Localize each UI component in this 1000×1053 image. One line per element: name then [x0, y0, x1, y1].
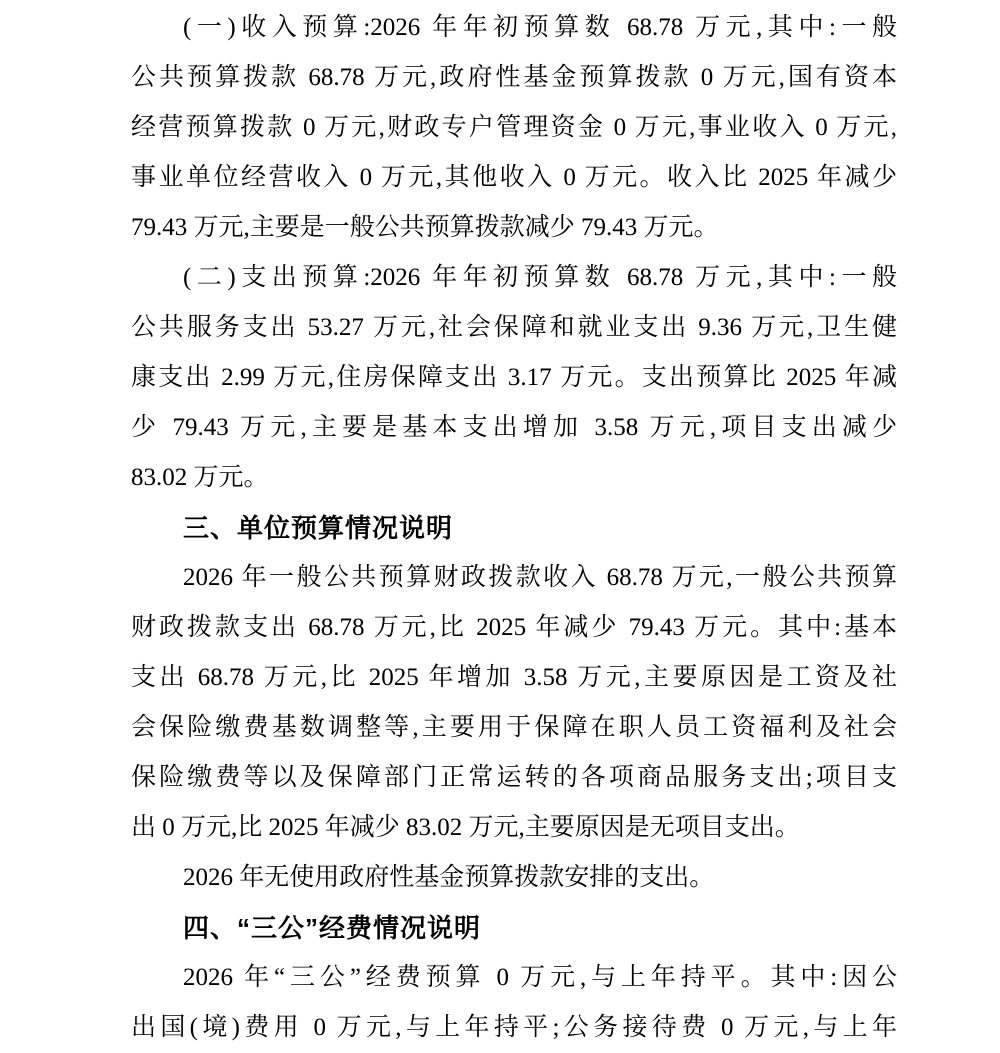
body-text-line: 少 79.43 万元,主要是基本支出增加 3.58 万元,项目支出减少 — [131, 403, 897, 453]
body-text-line: 事业单位经营收入 0 万元,其他收入 0 万元。收入比 2025 年减少 — [131, 153, 897, 203]
body-text-line: 2026 年一般公共预算财政拨款收入 68.78 万元,一般公共预算 — [131, 553, 897, 603]
body-text-line: 公共服务支出 53.27 万元,社会保障和就业支出 9.36 万元,卫生健 — [131, 303, 897, 353]
body-text-line: 支出 68.78 万元,比 2025 年增加 3.58 万元,主要原因是工资及社 — [131, 653, 897, 703]
body-text-line: 保险缴费等以及保障部门正常运转的各项商品服务支出;项目支 — [131, 753, 897, 803]
body-text-line: 出 0 万元,比 2025 年减少 83.02 万元,主要原因是无项目支出。 — [131, 803, 897, 853]
body-text-line: 2026 年“三公”经费预算 0 万元,与上年持平。其中:因公 — [131, 953, 897, 1003]
body-text-line: 79.43 万元,主要是一般公共预算拨款减少 79.43 万元。 — [131, 203, 897, 253]
body-text-line: 公共预算拨款 68.78 万元,政府性基金预算拨款 0 万元,国有资本 — [131, 53, 897, 103]
section-heading-unit-budget: 三、单位预算情况说明 — [131, 503, 897, 553]
body-text-line: 经营预算拨款 0 万元,财政专户管理资金 0 万元,事业收入 0 万元, — [131, 103, 897, 153]
body-text-line: 财政拨款支出 68.78 万元,比 2025 年减少 79.43 万元。其中:基… — [131, 603, 897, 653]
body-text-line: (二)支出预算:2026 年年初预算数 68.78 万元,其中:一般 — [131, 253, 897, 303]
body-text-line: (一)收入预算:2026 年年初预算数 68.78 万元,其中:一般 — [131, 3, 897, 53]
body-text-line: 会保险缴费基数调整等,主要用于保障在职人员工资福利及社会 — [131, 703, 897, 753]
section-heading-three-public-funds: 四、“三公”经费情况说明 — [131, 903, 897, 953]
body-text-line: 出国(境)费用 0 万元,与上年持平;公务接待费 0 万元,与上年 — [131, 1003, 897, 1053]
document-page: (一)收入预算:2026 年年初预算数 68.78 万元,其中:一般 公共预算拨… — [0, 0, 1000, 1053]
body-text-line: 2026 年无使用政府性基金预算拨款安排的支出。 — [131, 853, 897, 903]
body-text-line: 康支出 2.99 万元,住房保障支出 3.17 万元。支出预算比 2025 年减 — [131, 353, 897, 403]
document-text-block: (一)收入预算:2026 年年初预算数 68.78 万元,其中:一般 公共预算拨… — [131, 3, 897, 1053]
body-text-line: 83.02 万元。 — [131, 453, 897, 503]
